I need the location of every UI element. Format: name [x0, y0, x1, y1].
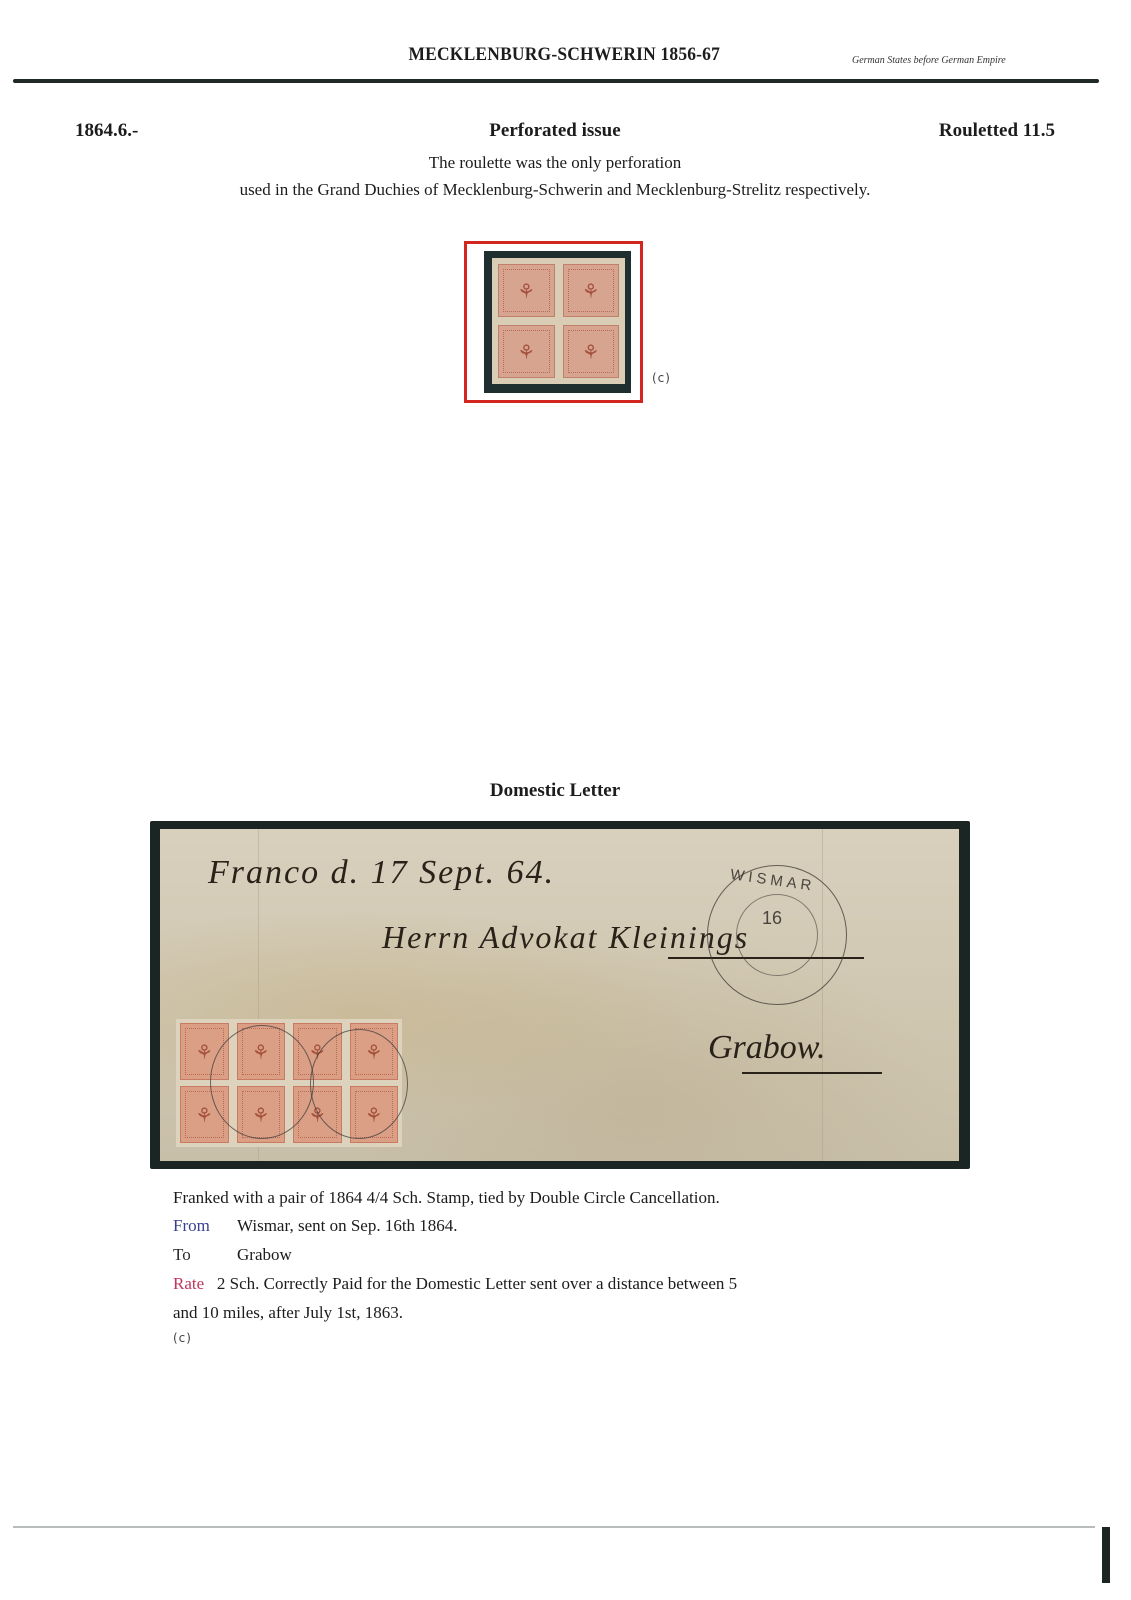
stamp-image: [498, 325, 555, 378]
rate-label: Rate: [173, 1274, 204, 1293]
to-row: ToGrabow: [173, 1240, 737, 1269]
page-subtitle: German States before German Empire: [852, 55, 1006, 66]
page-edge-bar: [1102, 1527, 1110, 1583]
cover-reference: (c): [173, 1331, 192, 1345]
issue-perforation: Rouletted 11.5: [939, 120, 1055, 142]
double-circle-cancel: [210, 1025, 314, 1139]
stamp-image: [498, 264, 555, 317]
from-value: Wismar, sent on Sep. 16th 1864.: [237, 1216, 458, 1235]
from-row: FromWismar, sent on Sep. 16th 1864.: [173, 1211, 737, 1240]
cover-fold: [822, 829, 823, 1161]
cover-image: Franco d. 17 Sept. 64. Herrn Advokat Kle…: [160, 829, 959, 1161]
handwritten-addressee: Herrn Advokat Kleinings: [382, 919, 749, 956]
cover-section-title: Domestic Letter: [0, 780, 1110, 802]
postmark-town: WISMAR: [729, 866, 816, 895]
rate-value: 2 Sch. Correctly Paid for the Domestic L…: [217, 1274, 737, 1293]
footer-divider: [13, 1526, 1095, 1528]
rate-row: Rate 2 Sch. Correctly Paid for the Domes…: [173, 1269, 737, 1298]
block-reference: (c): [652, 371, 671, 385]
cover-details: FromWismar, sent on Sep. 16th 1864. ToGr…: [173, 1211, 737, 1327]
stamp-block-of-four: [484, 251, 631, 393]
handwritten-franco-line: Franco d. 17 Sept. 64.: [208, 854, 555, 892]
issue-description-line1: The roulette was the only perforation: [0, 153, 1110, 173]
cover-caption: Franked with a pair of 1864 4/4 Sch. Sta…: [173, 1183, 720, 1212]
stamp-image: [563, 264, 620, 317]
handwritten-destination: Grabow.: [708, 1029, 825, 1067]
to-value: Grabow: [237, 1245, 292, 1264]
double-circle-cancel: [310, 1029, 408, 1139]
postmark-day: 16: [762, 908, 782, 929]
postmark-inner-ring: [736, 894, 818, 976]
destination-underline: [742, 1072, 882, 1074]
from-label: From: [173, 1211, 237, 1240]
wismar-postmark: WISMAR 16: [707, 865, 847, 1005]
header-divider: [13, 79, 1099, 83]
to-label: To: [173, 1240, 237, 1269]
stamp-image: [563, 325, 620, 378]
block-paper: [492, 258, 625, 384]
issue-description-line2: used in the Grand Duchies of Mecklenburg…: [0, 180, 1110, 200]
rate-continued: and 10 miles, after July 1st, 1863.: [173, 1298, 737, 1327]
